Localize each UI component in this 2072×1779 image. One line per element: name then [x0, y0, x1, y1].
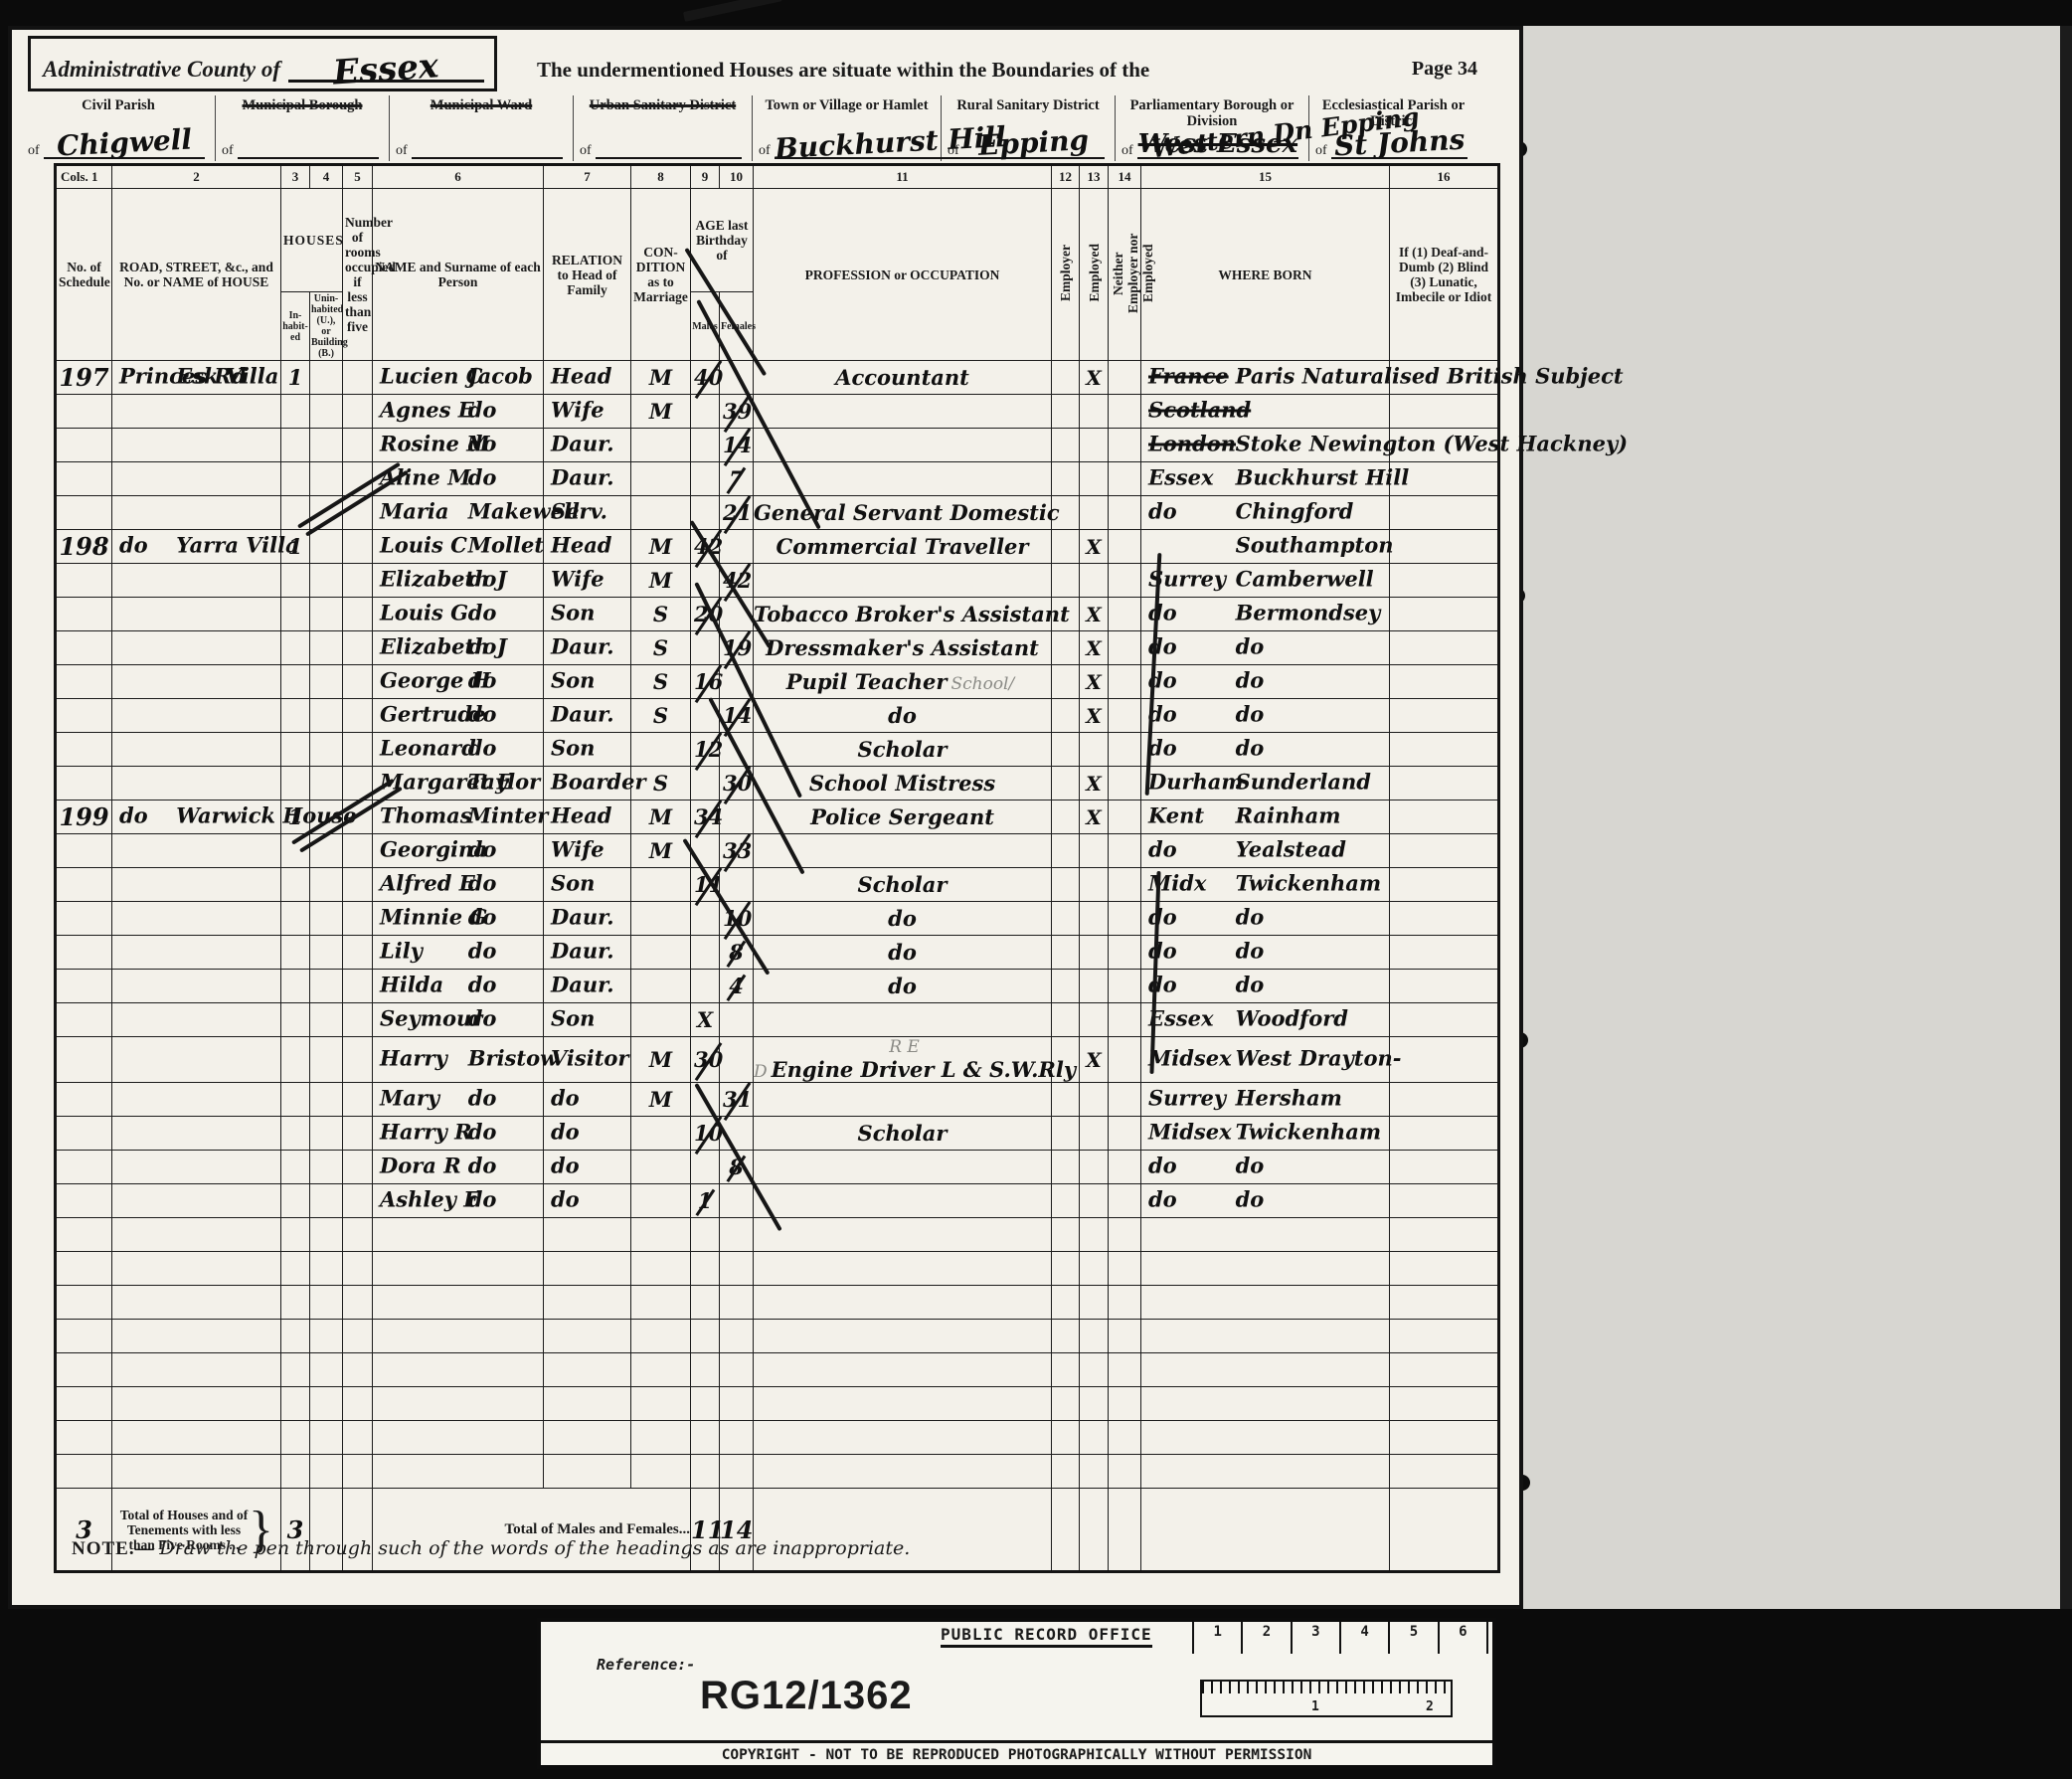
- empty-cell: [691, 1218, 720, 1252]
- empty-cell: [1390, 1252, 1499, 1286]
- relation-cell: Son: [544, 598, 631, 631]
- empty-cell: [1109, 1320, 1141, 1353]
- uninhabited-cell: [310, 970, 343, 1003]
- profession-cell: Commercial Traveller: [754, 530, 1052, 564]
- empty-cell: [1052, 1252, 1080, 1286]
- empty-cell: [1141, 1286, 1390, 1320]
- surname: do: [468, 633, 497, 658]
- neither-cell: [1109, 496, 1141, 530]
- column-number: 14: [1109, 165, 1141, 189]
- condition-cell: M: [631, 1083, 691, 1117]
- district-label: Municipal Ward: [396, 97, 567, 113]
- schedule-number: 197: [59, 363, 108, 392]
- empty-cell: [343, 1218, 373, 1252]
- empty-cell: [1052, 1353, 1080, 1387]
- condition-value: M: [649, 1047, 672, 1072]
- condition-cell: [631, 868, 691, 902]
- district-value-line: West EssexWestern Dn Epping: [1137, 137, 1298, 159]
- neither-cell: [1109, 665, 1141, 699]
- rooms-cell: [343, 834, 373, 868]
- uninhabited-cell: [310, 598, 343, 631]
- district-of-row: ofChigwell: [28, 136, 205, 159]
- profession-cell: Accountant: [754, 361, 1052, 395]
- uninhabited-cell: [310, 361, 343, 395]
- road-cell: [112, 395, 281, 429]
- born-county: do: [1148, 600, 1177, 624]
- empty-cell: [310, 1455, 343, 1489]
- neither-cell: [1109, 530, 1141, 564]
- district-value-line: [238, 157, 379, 159]
- of-label: of: [948, 143, 959, 159]
- person-row: Aline MdoDaur.7EssexBuckhurst Hill: [56, 462, 1499, 496]
- empty-cell: [281, 1252, 310, 1286]
- empty-cell: [1080, 1387, 1109, 1421]
- born-place: Buckhurst Hill: [1236, 464, 1410, 489]
- person-row: George HdoSonS16Pupil TeacherSchool/Xdod…: [56, 665, 1499, 699]
- empty-cell: [56, 1320, 112, 1353]
- empty-cell: [343, 1252, 373, 1286]
- employer-cell: [1052, 1037, 1080, 1083]
- profession-cell: [754, 1003, 1052, 1037]
- born-county: do: [1148, 938, 1177, 963]
- born-cell: dodo: [1141, 733, 1390, 767]
- inhabited-count: 1: [288, 365, 303, 390]
- rooms-cell: [343, 1003, 373, 1037]
- neither-cell: [1109, 1184, 1141, 1218]
- profession-cell: do: [754, 699, 1052, 733]
- scanned-census-page: Administrative County of Essex The under…: [0, 0, 2072, 1779]
- neither-cell: [1109, 1151, 1141, 1184]
- rooms-cell: [343, 665, 373, 699]
- empty-cell: [720, 1252, 754, 1286]
- born-county: Midsex: [1148, 1045, 1232, 1070]
- neither-cell: [1109, 733, 1141, 767]
- district-value: Chigwell: [57, 132, 193, 153]
- inhabited-cell: [281, 395, 310, 429]
- infirmity-cell: [1390, 530, 1499, 564]
- inhabited-cell: [281, 1003, 310, 1037]
- district-of-row: of: [580, 143, 742, 159]
- forename: Harry: [380, 1045, 447, 1070]
- age-male-value: 1: [695, 1188, 716, 1213]
- relation-value: do: [551, 1119, 580, 1144]
- condition-value: M: [649, 838, 672, 863]
- forename: Mary: [380, 1085, 439, 1110]
- empty-cell: [1390, 1218, 1499, 1252]
- surname: do: [468, 1153, 497, 1177]
- relation-value: Son: [551, 735, 595, 760]
- relation-value: do: [551, 1085, 580, 1110]
- employed-cell: [1080, 936, 1109, 970]
- inhabited-cell: [281, 868, 310, 902]
- born-cell: doYealstead: [1141, 834, 1390, 868]
- schedule-cell: [56, 902, 112, 936]
- empty-cell: [281, 1218, 310, 1252]
- born-cell: KentRainham: [1141, 801, 1390, 834]
- name-cell: Louis Gdo: [373, 598, 544, 631]
- blank-row: [56, 1286, 1499, 1320]
- header-employed: Employed: [1080, 189, 1109, 361]
- relation-value: Wife: [551, 836, 604, 861]
- forename: Hilda: [380, 972, 443, 996]
- column-number: 15: [1141, 165, 1390, 189]
- person-row: GeorginadoWifeM33doYealstead: [56, 834, 1499, 868]
- age-male-cell: [691, 1151, 720, 1184]
- schedule-cell: [56, 699, 112, 733]
- empty-cell: [1080, 1218, 1109, 1252]
- empty-cell: [1080, 1252, 1109, 1286]
- uninhabited-cell: [310, 1003, 343, 1037]
- road-cell: [112, 767, 281, 801]
- name-cell: Agnes Edo: [373, 395, 544, 429]
- empty-cell: [373, 1387, 544, 1421]
- profession-cell: do: [754, 970, 1052, 1003]
- blank-row: [56, 1387, 1499, 1421]
- infirmity-cell: [1390, 1083, 1499, 1117]
- relation-value: Head: [551, 532, 612, 557]
- surname: do: [468, 1186, 497, 1211]
- relation-value: Daur.: [551, 938, 614, 963]
- age-female-value: 8: [726, 940, 747, 965]
- empty-cell: [1390, 1421, 1499, 1455]
- road-name: do: [119, 802, 148, 827]
- schedule-cell: [56, 834, 112, 868]
- person-row: Harry Rdodo10ScholarMidsexTwickenham: [56, 1117, 1499, 1151]
- empty-cell: [56, 1421, 112, 1455]
- empty-cell: [720, 1421, 754, 1455]
- road-cell: [112, 1083, 281, 1117]
- inhabited-cell: [281, 1151, 310, 1184]
- infirmity-cell: [1390, 462, 1499, 496]
- profession-cell: Scholar: [754, 868, 1052, 902]
- header-infirmity: If (1) Deaf-and-Dumb (2) Blind (3) Lunat…: [1390, 189, 1499, 361]
- district-of-row: ofWest EssexWestern Dn Epping: [1122, 137, 1298, 159]
- ruler-number: 6: [1440, 1622, 1488, 1654]
- profession-cell: do: [754, 936, 1052, 970]
- born-cell: FranceParis Naturalised British Subject: [1141, 361, 1390, 395]
- empty-cell: [1141, 1252, 1390, 1286]
- empty-cell: [281, 1286, 310, 1320]
- surname: do: [468, 735, 497, 760]
- uninhabited-cell: [310, 1117, 343, 1151]
- relation-cell: Daur.: [544, 936, 631, 970]
- administrative-county-value: Essex: [333, 56, 439, 83]
- column-number: 4: [310, 165, 343, 189]
- condition-cell: M: [631, 801, 691, 834]
- header-males: Males: [691, 292, 720, 361]
- neither-cell: [1109, 801, 1141, 834]
- born-cell: EssexWoodford: [1141, 1003, 1390, 1037]
- header-neither: Neither Employer nor Employed: [1109, 189, 1141, 361]
- rooms-cell: [343, 733, 373, 767]
- road-cell: [112, 631, 281, 665]
- name-cell: HarryBristow: [373, 1037, 544, 1083]
- person-row: Minnie GdoDaur.10dododo: [56, 902, 1499, 936]
- district-value-line: St Johns: [1331, 136, 1468, 159]
- inhabited-cell: [281, 767, 310, 801]
- age-female-cell: [720, 1003, 754, 1037]
- district-value-line: Chigwell: [44, 136, 205, 159]
- employed-mark: X: [1086, 636, 1102, 660]
- age-male-cell: [691, 834, 720, 868]
- empty-cell: [343, 1353, 373, 1387]
- infirmity-cell: [1390, 902, 1499, 936]
- district-value-line: [412, 157, 563, 159]
- person-row: Margaret ETaylorBoarderS30School Mistres…: [56, 767, 1499, 801]
- forename: Ashley F: [380, 1186, 478, 1211]
- born-cell: Scotland: [1141, 395, 1390, 429]
- ruler-number: 5: [1390, 1622, 1439, 1654]
- uninhabited-cell: [310, 1184, 343, 1218]
- relation-value: Wife: [551, 566, 604, 591]
- born-place: Twickenham: [1236, 870, 1381, 895]
- inhabited-cell: [281, 598, 310, 631]
- ink-stroke: [683, 0, 782, 22]
- relation-value: Son: [551, 600, 595, 624]
- surname: do: [468, 701, 497, 726]
- relation-cell: do: [544, 1083, 631, 1117]
- age-female-cell: [720, 530, 754, 564]
- born-place: Hersham: [1236, 1085, 1342, 1110]
- employer-cell: [1052, 936, 1080, 970]
- person-row: Ashley Fdodo1dodo: [56, 1184, 1499, 1218]
- name-cell: Elizabeth Jdo: [373, 564, 544, 598]
- born-place: Rainham: [1236, 802, 1341, 827]
- empty-cell: [281, 1455, 310, 1489]
- relation-cell: Son: [544, 868, 631, 902]
- condition-cell: M: [631, 564, 691, 598]
- neither-cell: [1109, 361, 1141, 395]
- name-cell: ThomasMinter: [373, 801, 544, 834]
- relation-cell: Son: [544, 665, 631, 699]
- employed-cell: X: [1080, 361, 1109, 395]
- empty-cell: [56, 1387, 112, 1421]
- relation-cell: do: [544, 1151, 631, 1184]
- age-male-cell: [691, 936, 720, 970]
- empty-cell: [1109, 1489, 1141, 1572]
- age-male-cell: [691, 767, 720, 801]
- relation-cell: Daur.: [544, 699, 631, 733]
- uninhabited-cell: [310, 429, 343, 462]
- rooms-cell: [343, 429, 373, 462]
- inhabited-cell: [281, 564, 310, 598]
- uninhabited-cell: [310, 665, 343, 699]
- empty-cell: [373, 1320, 544, 1353]
- district-of-row: ofBuckhurst Hill: [759, 136, 931, 159]
- born-county: Essex: [1148, 464, 1214, 489]
- infirmity-cell: [1390, 801, 1499, 834]
- rooms-cell: [343, 395, 373, 429]
- age-male-cell: [691, 970, 720, 1003]
- condition-value: S: [653, 602, 668, 626]
- header-rooms: Number of rooms occupied if less than fi…: [343, 189, 373, 361]
- person-row: 197Princes RdEsk Villa1Lucien CJacobHead…: [56, 361, 1499, 395]
- relation-value: Serv.: [551, 498, 607, 523]
- uninhabited-cell: [310, 699, 343, 733]
- infirmity-cell: [1390, 665, 1499, 699]
- profession-value: Scholar: [858, 1121, 948, 1146]
- employer-cell: [1052, 733, 1080, 767]
- condition-value: M: [649, 534, 672, 559]
- district-value-line: Epping: [963, 136, 1105, 159]
- neither-cell: [1109, 631, 1141, 665]
- condition-value: S: [653, 771, 668, 796]
- profession-cell: Dressmaker's Assistant: [754, 631, 1052, 665]
- empty-cell: [1141, 1489, 1390, 1572]
- empty-cell: [281, 1353, 310, 1387]
- born-place: Bermondsey: [1236, 600, 1381, 624]
- empty-cell: [1109, 1421, 1141, 1455]
- road-name: do: [119, 532, 148, 557]
- surname: Mollet: [468, 532, 544, 557]
- empty-cell: [112, 1320, 281, 1353]
- inhabited-cell: [281, 462, 310, 496]
- name-cell: Georginado: [373, 834, 544, 868]
- condition-cell: S: [631, 699, 691, 733]
- column-number: Cols. 1: [56, 165, 112, 189]
- blank-row: [56, 1320, 1499, 1353]
- condition-value: M: [649, 399, 672, 424]
- inhabited-count: 1: [288, 804, 303, 829]
- rooms-cell: [343, 1037, 373, 1083]
- condition-cell: [631, 1003, 691, 1037]
- road-cell: [112, 1117, 281, 1151]
- profession-value: Dressmaker's Assistant: [766, 635, 1039, 660]
- empty-cell: [631, 1286, 691, 1320]
- inhabited-cell: [281, 1083, 310, 1117]
- person-row: GertrudedoDaur.S14doXdodo: [56, 699, 1499, 733]
- age-male-cell: 30: [691, 1037, 720, 1083]
- age-male-cell: [691, 462, 720, 496]
- condition-cell: [631, 429, 691, 462]
- schedule-cell: [56, 496, 112, 530]
- column-number: 7: [544, 165, 631, 189]
- age-female-value: 31: [720, 1087, 755, 1112]
- forename: Dora R: [380, 1153, 461, 1177]
- relation-cell: Wife: [544, 395, 631, 429]
- employer-cell: [1052, 1003, 1080, 1037]
- relation-cell: Head: [544, 361, 631, 395]
- empty-cell: [373, 1286, 544, 1320]
- administrative-county-line: Essex: [288, 60, 484, 83]
- empty-cell: [720, 1353, 754, 1387]
- empty-cell: [1141, 1218, 1390, 1252]
- age-male-cell: X: [691, 1003, 720, 1037]
- employed-cell: [1080, 496, 1109, 530]
- born-cell: dodo: [1141, 1151, 1390, 1184]
- empty-cell: [691, 1353, 720, 1387]
- empty-cell: [1080, 1286, 1109, 1320]
- relation-value: Daur.: [551, 904, 614, 929]
- employed-mark: X: [1086, 772, 1102, 796]
- condition-cell: M: [631, 530, 691, 564]
- age-female-cell: [720, 1184, 754, 1218]
- road-cell: [112, 1003, 281, 1037]
- age-male-cell: 40: [691, 361, 720, 395]
- empty-cell: [544, 1252, 631, 1286]
- born-cell: doBermondsey: [1141, 598, 1390, 631]
- schedule-cell: [56, 429, 112, 462]
- schedule-cell: 198: [56, 530, 112, 564]
- empty-cell: [691, 1421, 720, 1455]
- born-county: do: [1148, 836, 1177, 861]
- employed-cell: [1080, 902, 1109, 936]
- column-headers-row: No. of Schedule ROAD, STREET, &c., and N…: [56, 189, 1499, 292]
- neither-cell: [1109, 1117, 1141, 1151]
- employed-cell: [1080, 1083, 1109, 1117]
- age-female-cell: 7: [720, 462, 754, 496]
- employer-cell: [1052, 564, 1080, 598]
- uninhabited-cell: [310, 868, 343, 902]
- uninhabited-cell: [310, 767, 343, 801]
- empty-cell: [631, 1320, 691, 1353]
- born-county: Kent: [1148, 802, 1204, 827]
- condition-value: S: [653, 635, 668, 660]
- name-cell: Leonarddo: [373, 733, 544, 767]
- empty-cell: [631, 1218, 691, 1252]
- age-male-cell: [691, 564, 720, 598]
- employed-cell: [1080, 1003, 1109, 1037]
- employer-cell: [1052, 834, 1080, 868]
- empty-cell: [310, 1353, 343, 1387]
- condition-cell: [631, 462, 691, 496]
- header-employer: Employer: [1052, 189, 1080, 361]
- employed-cell: [1080, 970, 1109, 1003]
- employer-cell: [1052, 801, 1080, 834]
- infirmity-cell: [1390, 496, 1499, 530]
- born-cell: MidsexWest Drayton-: [1141, 1037, 1390, 1083]
- age-male-cell: 16: [691, 665, 720, 699]
- age-female-value: 14: [720, 433, 755, 457]
- relation-cell: Boarder: [544, 767, 631, 801]
- empty-cell: [1080, 1421, 1109, 1455]
- empty-cell: [1390, 1353, 1499, 1387]
- ruler-scale: 123456: [1192, 1622, 1488, 1654]
- inhabited-cell: [281, 631, 310, 665]
- rooms-cell: [343, 970, 373, 1003]
- schedule-cell: [56, 1003, 112, 1037]
- uninhabited-cell: [310, 733, 343, 767]
- born-cell: MidxTwickenham: [1141, 868, 1390, 902]
- neither-cell: [1109, 699, 1141, 733]
- schedule-cell: [56, 631, 112, 665]
- age-female-value: 7: [726, 466, 747, 491]
- inhabited-cell: 1: [281, 361, 310, 395]
- condition-value: M: [649, 804, 672, 829]
- employer-cell: [1052, 699, 1080, 733]
- neither-cell: [1109, 834, 1141, 868]
- schedule-cell: [56, 462, 112, 496]
- profession-cell: Pupil TeacherSchool/: [754, 665, 1052, 699]
- uninhabited-cell: [310, 902, 343, 936]
- ruler-scale-fine: 1 2: [1200, 1680, 1453, 1717]
- born-place: Twickenham: [1236, 1119, 1381, 1144]
- age-male-cell: [691, 395, 720, 429]
- boundaries-heading: The undermentioned Houses are situate wi…: [537, 58, 1392, 83]
- surname: do: [468, 1005, 497, 1030]
- census-rows: 197Princes RdEsk Villa1Lucien CJacobHead…: [56, 361, 1499, 1572]
- neither-cell: [1109, 564, 1141, 598]
- of-label: of: [28, 143, 40, 159]
- born-place: do: [1236, 667, 1265, 692]
- person-row: MarydodoM31SurreyHersham: [56, 1083, 1499, 1117]
- born-county: Durham: [1148, 769, 1244, 794]
- infirmity-cell: [1390, 1117, 1499, 1151]
- empty-cell: [373, 1353, 544, 1387]
- surname: do: [468, 870, 497, 895]
- district-cell: Rural Sanitary DistrictofEpping: [942, 95, 1116, 161]
- employer-cell: [1052, 395, 1080, 429]
